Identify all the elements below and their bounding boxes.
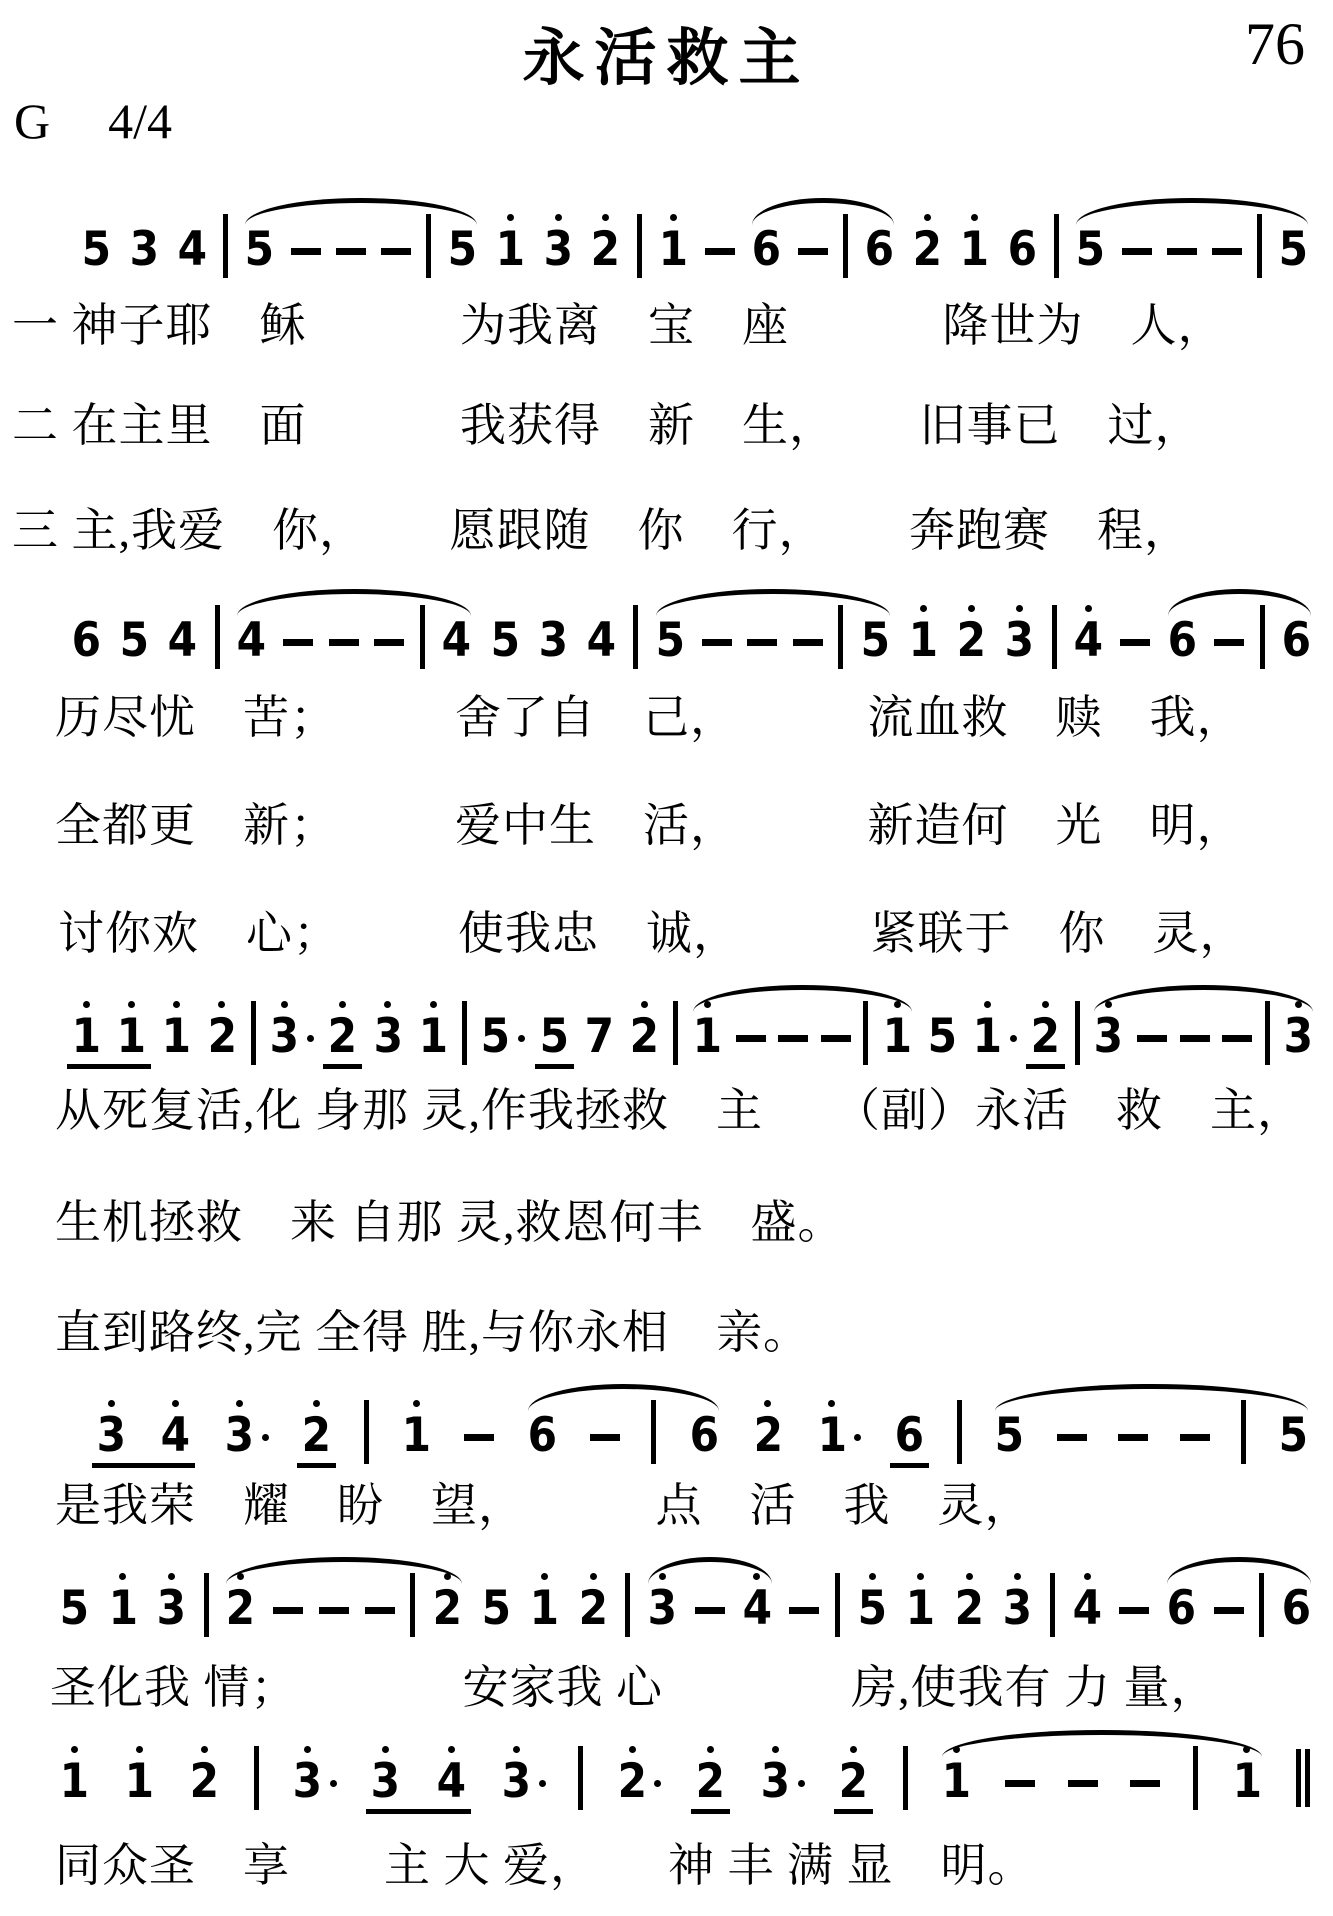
note-digit: 1	[162, 1013, 191, 1060]
note-digit: 6	[865, 226, 894, 273]
duration-dash-icon	[695, 1607, 725, 1614]
note-digit: 4	[1072, 1585, 1101, 1632]
note: 4	[1071, 1573, 1104, 1632]
octave-dot-icon	[772, 1746, 779, 1753]
duration-dash-icon	[1137, 1035, 1167, 1042]
note-digit: 1	[60, 1758, 89, 1805]
barline-icon	[637, 214, 642, 278]
note-digit: 6	[1008, 226, 1037, 273]
beam-underline	[323, 1064, 362, 1069]
note: 1	[907, 605, 940, 664]
note-digit: 3	[371, 1758, 400, 1805]
note-digit: 2	[302, 1412, 331, 1459]
octave-dot-icon	[507, 214, 514, 221]
note: 5	[446, 226, 479, 273]
lyric-line-verse1-a: 一 神子耶 稣 为我离 宝 座 降世为 人，	[12, 300, 1225, 353]
barline-icon	[215, 605, 220, 669]
barline-icon	[254, 1746, 259, 1810]
final-barline-icon	[1296, 1749, 1310, 1807]
duration-dash-icon	[1214, 1607, 1244, 1614]
note: 4	[235, 617, 268, 664]
note-digit: 2	[696, 1758, 725, 1805]
duration-dash-icon	[702, 639, 732, 646]
note-digit: 1	[817, 1412, 846, 1459]
lyric-line-chorus-b: 圣化我 情； 安家我 心 房,使我有 力 量，	[50, 1662, 1218, 1715]
octave-dot-icon	[641, 1001, 648, 1008]
note-digit: 2	[578, 1585, 607, 1632]
barline-icon	[1075, 1001, 1080, 1065]
tie-arc	[752, 198, 894, 225]
note-digit: 3	[502, 1758, 531, 1805]
note: 5	[489, 617, 522, 664]
duration-dash-icon	[1130, 1780, 1160, 1787]
note-digit: 2	[433, 1585, 462, 1632]
octave-dot-icon	[917, 1573, 924, 1580]
note: 5	[118, 617, 151, 664]
augmentation-dot-icon	[518, 1035, 525, 1042]
tie-arc	[226, 1557, 462, 1584]
note-digit: 1	[659, 226, 688, 273]
music-line-3: 1112323155721151233	[70, 1001, 1315, 1060]
barline-icon	[633, 605, 638, 669]
barline-icon	[625, 1573, 630, 1637]
beam-underline	[834, 1809, 873, 1814]
note-digit: 2	[1031, 1013, 1060, 1060]
octave-dot-icon	[128, 1001, 135, 1008]
note: 6	[1165, 1585, 1198, 1632]
tie-arc	[1076, 198, 1308, 225]
note: 2	[188, 1746, 221, 1805]
barline-icon	[903, 1746, 908, 1810]
key-signature: G 4/4	[14, 92, 172, 150]
music-line-5: 51322512345123466	[58, 1573, 1313, 1632]
note: 5	[479, 1013, 525, 1060]
tie-arc	[1094, 985, 1313, 1012]
note-digit: 3	[373, 1013, 402, 1060]
duration-dash-icon	[590, 1434, 620, 1441]
note: 2	[694, 1746, 727, 1805]
duration-dash-icon	[1214, 639, 1244, 646]
note: 3	[372, 1001, 405, 1060]
note-digit: 6	[527, 1412, 556, 1459]
note: 5	[1074, 226, 1107, 273]
note-digit: 3	[1003, 1585, 1032, 1632]
note: 5	[926, 1013, 959, 1060]
octave-dot-icon	[382, 1746, 389, 1753]
note: 4	[1072, 605, 1105, 664]
note-digit: 5	[490, 617, 519, 664]
note-digit: 2	[591, 226, 620, 273]
tie-arc	[237, 589, 471, 616]
music-line-4: 343216621655	[95, 1400, 1310, 1459]
lyric-line-verse3-a: 三 主,我爱 你， 愿跟随 你 行， 奔跑赛 程，	[12, 505, 1191, 558]
note: 1	[160, 1001, 193, 1060]
duration-dash-icon	[1212, 248, 1242, 255]
octave-dot-icon	[172, 1400, 179, 1407]
note: 1	[904, 1573, 937, 1632]
note: 7	[583, 1013, 616, 1060]
duration-dash-icon	[798, 248, 828, 255]
duration-dash-icon	[789, 1607, 819, 1614]
music-line-1: 5345513216621655	[80, 214, 1310, 273]
barline-icon	[364, 1400, 369, 1464]
augmentation-dot-icon	[539, 1780, 546, 1787]
note: 4	[176, 226, 209, 273]
note-digit: 3	[97, 1412, 126, 1459]
octave-dot-icon	[1042, 1001, 1049, 1008]
note-digit: 1	[418, 1013, 447, 1060]
note: 4	[435, 1746, 468, 1805]
music-line-2: 6544453455123466	[70, 605, 1313, 664]
note-digit: 5	[539, 1013, 568, 1060]
note-digit: 5	[857, 1585, 886, 1632]
note: 3	[155, 1573, 188, 1632]
note-digit: 1	[117, 1013, 146, 1060]
note-digit: 1	[125, 1758, 154, 1805]
note-digit: 3	[1005, 617, 1034, 664]
barline-icon	[673, 1001, 678, 1065]
barline-icon	[1054, 214, 1059, 278]
note: 3	[369, 1746, 402, 1805]
barline-icon	[835, 1573, 840, 1637]
note-digit: 6	[1282, 617, 1311, 664]
octave-dot-icon	[924, 214, 931, 221]
duration-dash-icon	[1120, 639, 1150, 646]
duration-dash-icon	[336, 248, 366, 255]
note: 1	[657, 214, 690, 273]
note: 1	[816, 1400, 862, 1459]
note: 2	[577, 1573, 610, 1632]
duration-dash-icon	[273, 1607, 303, 1614]
note: 2	[1029, 1001, 1062, 1060]
octave-dot-icon	[304, 1746, 311, 1753]
note: 5	[856, 1573, 889, 1632]
duration-dash-icon	[381, 248, 411, 255]
note-digit: 2	[912, 226, 941, 273]
note-digit: 1	[108, 1585, 137, 1632]
note: 3	[95, 1400, 128, 1459]
augmentation-dot-icon	[307, 1035, 314, 1042]
note-digit: 4	[177, 226, 206, 273]
duration-dash-icon	[291, 248, 321, 255]
note: 2	[955, 605, 988, 664]
octave-dot-icon	[83, 1001, 90, 1008]
tie-arc	[942, 1730, 1262, 1757]
key-letter: G	[14, 92, 50, 150]
lyric-line-verse3-c: 直到路终,完 全得 胜,与你永相 亲。	[55, 1307, 810, 1360]
duration-dash-icon	[821, 1035, 851, 1042]
duration-dash-icon	[283, 639, 313, 646]
note: 3	[759, 1746, 805, 1805]
note-digit: 5	[1279, 226, 1308, 273]
note-digit: 1	[942, 1758, 971, 1805]
note-digit: 7	[584, 1013, 613, 1060]
duration-dash-icon	[319, 1607, 349, 1614]
tie-arc	[528, 1384, 719, 1411]
lyric-line-verse3-b: 讨你欢 心； 使我忠 诚， 紧联于 你 灵，	[58, 908, 1247, 961]
lyric-line-verse2-b: 全都更 新； 爱中生 活， 新造何 光 明，	[55, 800, 1244, 853]
octave-dot-icon	[71, 1746, 78, 1753]
note: 6	[1280, 617, 1313, 664]
note-digit: 5	[120, 617, 149, 664]
note: 6	[526, 1412, 559, 1459]
tie-arc	[995, 1384, 1308, 1411]
note: 3	[1001, 1573, 1034, 1632]
note-digit: 6	[689, 1412, 718, 1459]
note: 5	[859, 617, 892, 664]
note: 6	[70, 617, 103, 664]
note: 6	[893, 1412, 926, 1459]
octave-dot-icon	[339, 1001, 346, 1008]
octave-dot-icon	[108, 1400, 115, 1407]
barline-icon	[578, 1746, 583, 1810]
note: 1	[417, 1001, 450, 1060]
note-digit: 5	[448, 226, 477, 273]
lyric-line-verse1-c: 从死复活,化 身那 灵,作我拯救 主 （副）永活 救 主，	[55, 1085, 1304, 1138]
tie-arc	[1167, 1557, 1311, 1584]
note-digit: 3	[157, 1585, 186, 1632]
note: 4	[159, 1400, 192, 1459]
page-number: 76	[1245, 10, 1305, 79]
octave-dot-icon	[707, 1746, 714, 1753]
note-digit: 2	[226, 1585, 255, 1632]
note-digit: 4	[161, 1412, 190, 1459]
note-digit: 1	[692, 1013, 721, 1060]
duration-dash-icon	[329, 639, 359, 646]
note-digit: 5	[1279, 1412, 1308, 1459]
note-digit: 5	[995, 1412, 1024, 1459]
octave-dot-icon	[430, 1001, 437, 1008]
note-digit: 3	[293, 1758, 322, 1805]
octave-dot-icon	[1084, 1573, 1091, 1580]
barline-icon	[1052, 605, 1057, 669]
lyric-line-chorus-c: 同众圣 享 主 大 爱， 神 丰 满 显 明。	[55, 1840, 1035, 1893]
beam-underline	[535, 1064, 574, 1069]
octave-dot-icon	[670, 214, 677, 221]
note: 4	[166, 617, 199, 664]
note: 2	[953, 1573, 986, 1632]
notation-tokens: 51322512345123466	[58, 1573, 1313, 1632]
note-digit: 2	[954, 1585, 983, 1632]
note-digit: 3	[129, 226, 158, 273]
duration-dash-icon	[1222, 1035, 1252, 1042]
note: 6	[1006, 226, 1039, 273]
beam-underline	[297, 1463, 336, 1468]
note: 2	[837, 1746, 870, 1805]
note-digit: 2	[617, 1758, 646, 1805]
octave-dot-icon	[764, 1400, 771, 1407]
octave-dot-icon	[236, 1400, 243, 1407]
note-digit: 5	[928, 1013, 957, 1060]
note-digit: 3	[225, 1412, 254, 1459]
notation-tokens: 1123343223211	[58, 1746, 1310, 1805]
duration-dash-icon	[464, 1434, 494, 1441]
note: 3	[128, 226, 161, 273]
lyric-line-chorus-a: 是我荣 耀 盼 望， 点 活 我 灵，	[55, 1480, 1032, 1533]
note: 1	[70, 1001, 103, 1060]
note: 3	[268, 1001, 314, 1060]
note-digit: 2	[328, 1013, 357, 1060]
octave-dot-icon	[1014, 1573, 1021, 1580]
note-digit: 3	[538, 617, 567, 664]
octave-dot-icon	[173, 1001, 180, 1008]
note-digit: 2	[207, 1013, 236, 1060]
note: 1	[107, 1573, 140, 1632]
duration-dash-icon	[1167, 248, 1197, 255]
octave-dot-icon	[313, 1400, 320, 1407]
note: 6	[688, 1412, 721, 1459]
note: 2	[911, 214, 944, 273]
barline-icon	[251, 1001, 256, 1065]
note-digit: 3	[270, 1013, 299, 1060]
note-digit: 2	[630, 1013, 659, 1060]
octave-dot-icon	[384, 1001, 391, 1008]
note-digit: 1	[402, 1412, 431, 1459]
note: 2	[326, 1001, 359, 1060]
note: 3	[500, 1746, 546, 1805]
octave-dot-icon	[136, 1746, 143, 1753]
octave-dot-icon	[218, 1001, 225, 1008]
duration-dash-icon	[1068, 1780, 1098, 1787]
duration-dash-icon	[1180, 1434, 1210, 1441]
note: 1	[115, 1001, 148, 1060]
octave-dot-icon	[971, 214, 978, 221]
augmentation-dot-icon	[854, 1434, 861, 1441]
duration-dash-icon	[1180, 1035, 1210, 1042]
note: 4	[585, 617, 618, 664]
note-digit: 4	[587, 617, 616, 664]
note: 6	[1166, 617, 1199, 664]
beam-underline	[67, 1064, 151, 1069]
duration-dash-icon	[705, 248, 735, 255]
note: 2	[589, 214, 622, 273]
note-digit: 5	[481, 1013, 510, 1060]
octave-dot-icon	[590, 1573, 597, 1580]
notation-tokens: 1112323155721151233	[70, 1001, 1315, 1060]
beam-underline	[1026, 1064, 1065, 1069]
note-digit: 2	[839, 1758, 868, 1805]
barline-icon	[204, 1573, 209, 1637]
note: 2	[616, 1746, 662, 1805]
note-digit: 6	[72, 617, 101, 664]
note: 1	[123, 1746, 156, 1805]
note-digit: 1	[882, 1013, 911, 1060]
tie-arc	[245, 198, 477, 225]
note: 6	[750, 226, 783, 273]
note: 1	[958, 214, 991, 273]
tie-arc	[656, 589, 890, 616]
octave-dot-icon	[281, 1001, 288, 1008]
octave-dot-icon	[869, 1573, 876, 1580]
duration-dash-icon	[365, 1607, 395, 1614]
duration-dash-icon	[1119, 1607, 1149, 1614]
note-digit: 6	[894, 1412, 923, 1459]
note: 2	[628, 1001, 661, 1060]
octave-dot-icon	[513, 1746, 520, 1753]
note: 2	[752, 1400, 785, 1459]
note-digit: 3	[1094, 1013, 1123, 1060]
note: 1	[528, 1573, 561, 1632]
notation-tokens: 343216621655	[95, 1400, 1310, 1459]
barline-icon	[462, 1001, 467, 1065]
octave-dot-icon	[629, 1746, 636, 1753]
note-digit: 5	[481, 1585, 510, 1632]
note-digit: 4	[168, 617, 197, 664]
note-digit: 4	[742, 1585, 771, 1632]
time-signature: 4/4	[108, 92, 172, 150]
note: 5	[654, 617, 687, 664]
augmentation-dot-icon	[330, 1780, 337, 1787]
duration-dash-icon	[1118, 1434, 1148, 1441]
note-digit: 1	[906, 1585, 935, 1632]
note-digit: 3	[1284, 1013, 1313, 1060]
octave-dot-icon	[1016, 605, 1023, 612]
octave-dot-icon	[413, 1400, 420, 1407]
note: 5	[538, 1013, 571, 1060]
octave-dot-icon	[1085, 605, 1092, 612]
augmentation-dot-icon	[798, 1780, 805, 1787]
octave-dot-icon	[555, 214, 562, 221]
tie-arc	[1168, 589, 1311, 616]
note: 3	[537, 617, 570, 664]
octave-dot-icon	[168, 1573, 175, 1580]
duration-dash-icon	[778, 1035, 808, 1042]
octave-dot-icon	[984, 1001, 991, 1008]
note: 3	[291, 1746, 337, 1805]
note-digit: 5	[82, 226, 111, 273]
note-digit: 6	[1282, 1585, 1311, 1632]
note-digit: 3	[761, 1758, 790, 1805]
note-digit: 5	[245, 226, 274, 273]
duration-dash-icon	[747, 639, 777, 646]
octave-dot-icon	[920, 605, 927, 612]
note-digit: 5	[1076, 226, 1105, 273]
duration-dash-icon	[1005, 1780, 1035, 1787]
note: 1	[971, 1001, 1017, 1060]
tie-arc	[693, 985, 912, 1012]
octave-dot-icon	[541, 1573, 548, 1580]
tie-arc	[648, 1557, 772, 1584]
octave-dot-icon	[828, 1400, 835, 1407]
lyric-line-verse2-a: 二 在主里 面 我获得 新 生， 旧事已 过，	[12, 400, 1202, 453]
note-digit: 5	[655, 617, 684, 664]
hymn-sheet: 永活救主 76 G 4/4 5345513216621655 654445345…	[0, 0, 1333, 1916]
note-digit: 4	[237, 617, 266, 664]
note-digit: 1	[530, 1585, 559, 1632]
note-digit: 5	[860, 617, 889, 664]
note-digit: 1	[960, 226, 989, 273]
note: 6	[863, 226, 896, 273]
notation-tokens: 6544453455123466	[70, 605, 1313, 664]
octave-dot-icon	[201, 1746, 208, 1753]
note-digit: 1	[72, 1013, 101, 1060]
note-digit: 1	[1232, 1758, 1261, 1805]
music-line-6: 1123343223211	[58, 1746, 1310, 1805]
note: 4	[440, 617, 473, 664]
octave-dot-icon	[968, 605, 975, 612]
note: 1	[494, 214, 527, 273]
notation-tokens: 5345513216621655	[80, 214, 1310, 273]
note-digit: 4	[1074, 617, 1103, 664]
octave-dot-icon	[602, 214, 609, 221]
note: 5	[1277, 1412, 1310, 1459]
note: 5	[58, 1585, 91, 1632]
note-digit: 6	[1167, 617, 1196, 664]
octave-dot-icon	[966, 1573, 973, 1580]
note-digit: 2	[190, 1758, 219, 1805]
note: 5	[80, 226, 113, 273]
note: 1	[400, 1400, 433, 1459]
